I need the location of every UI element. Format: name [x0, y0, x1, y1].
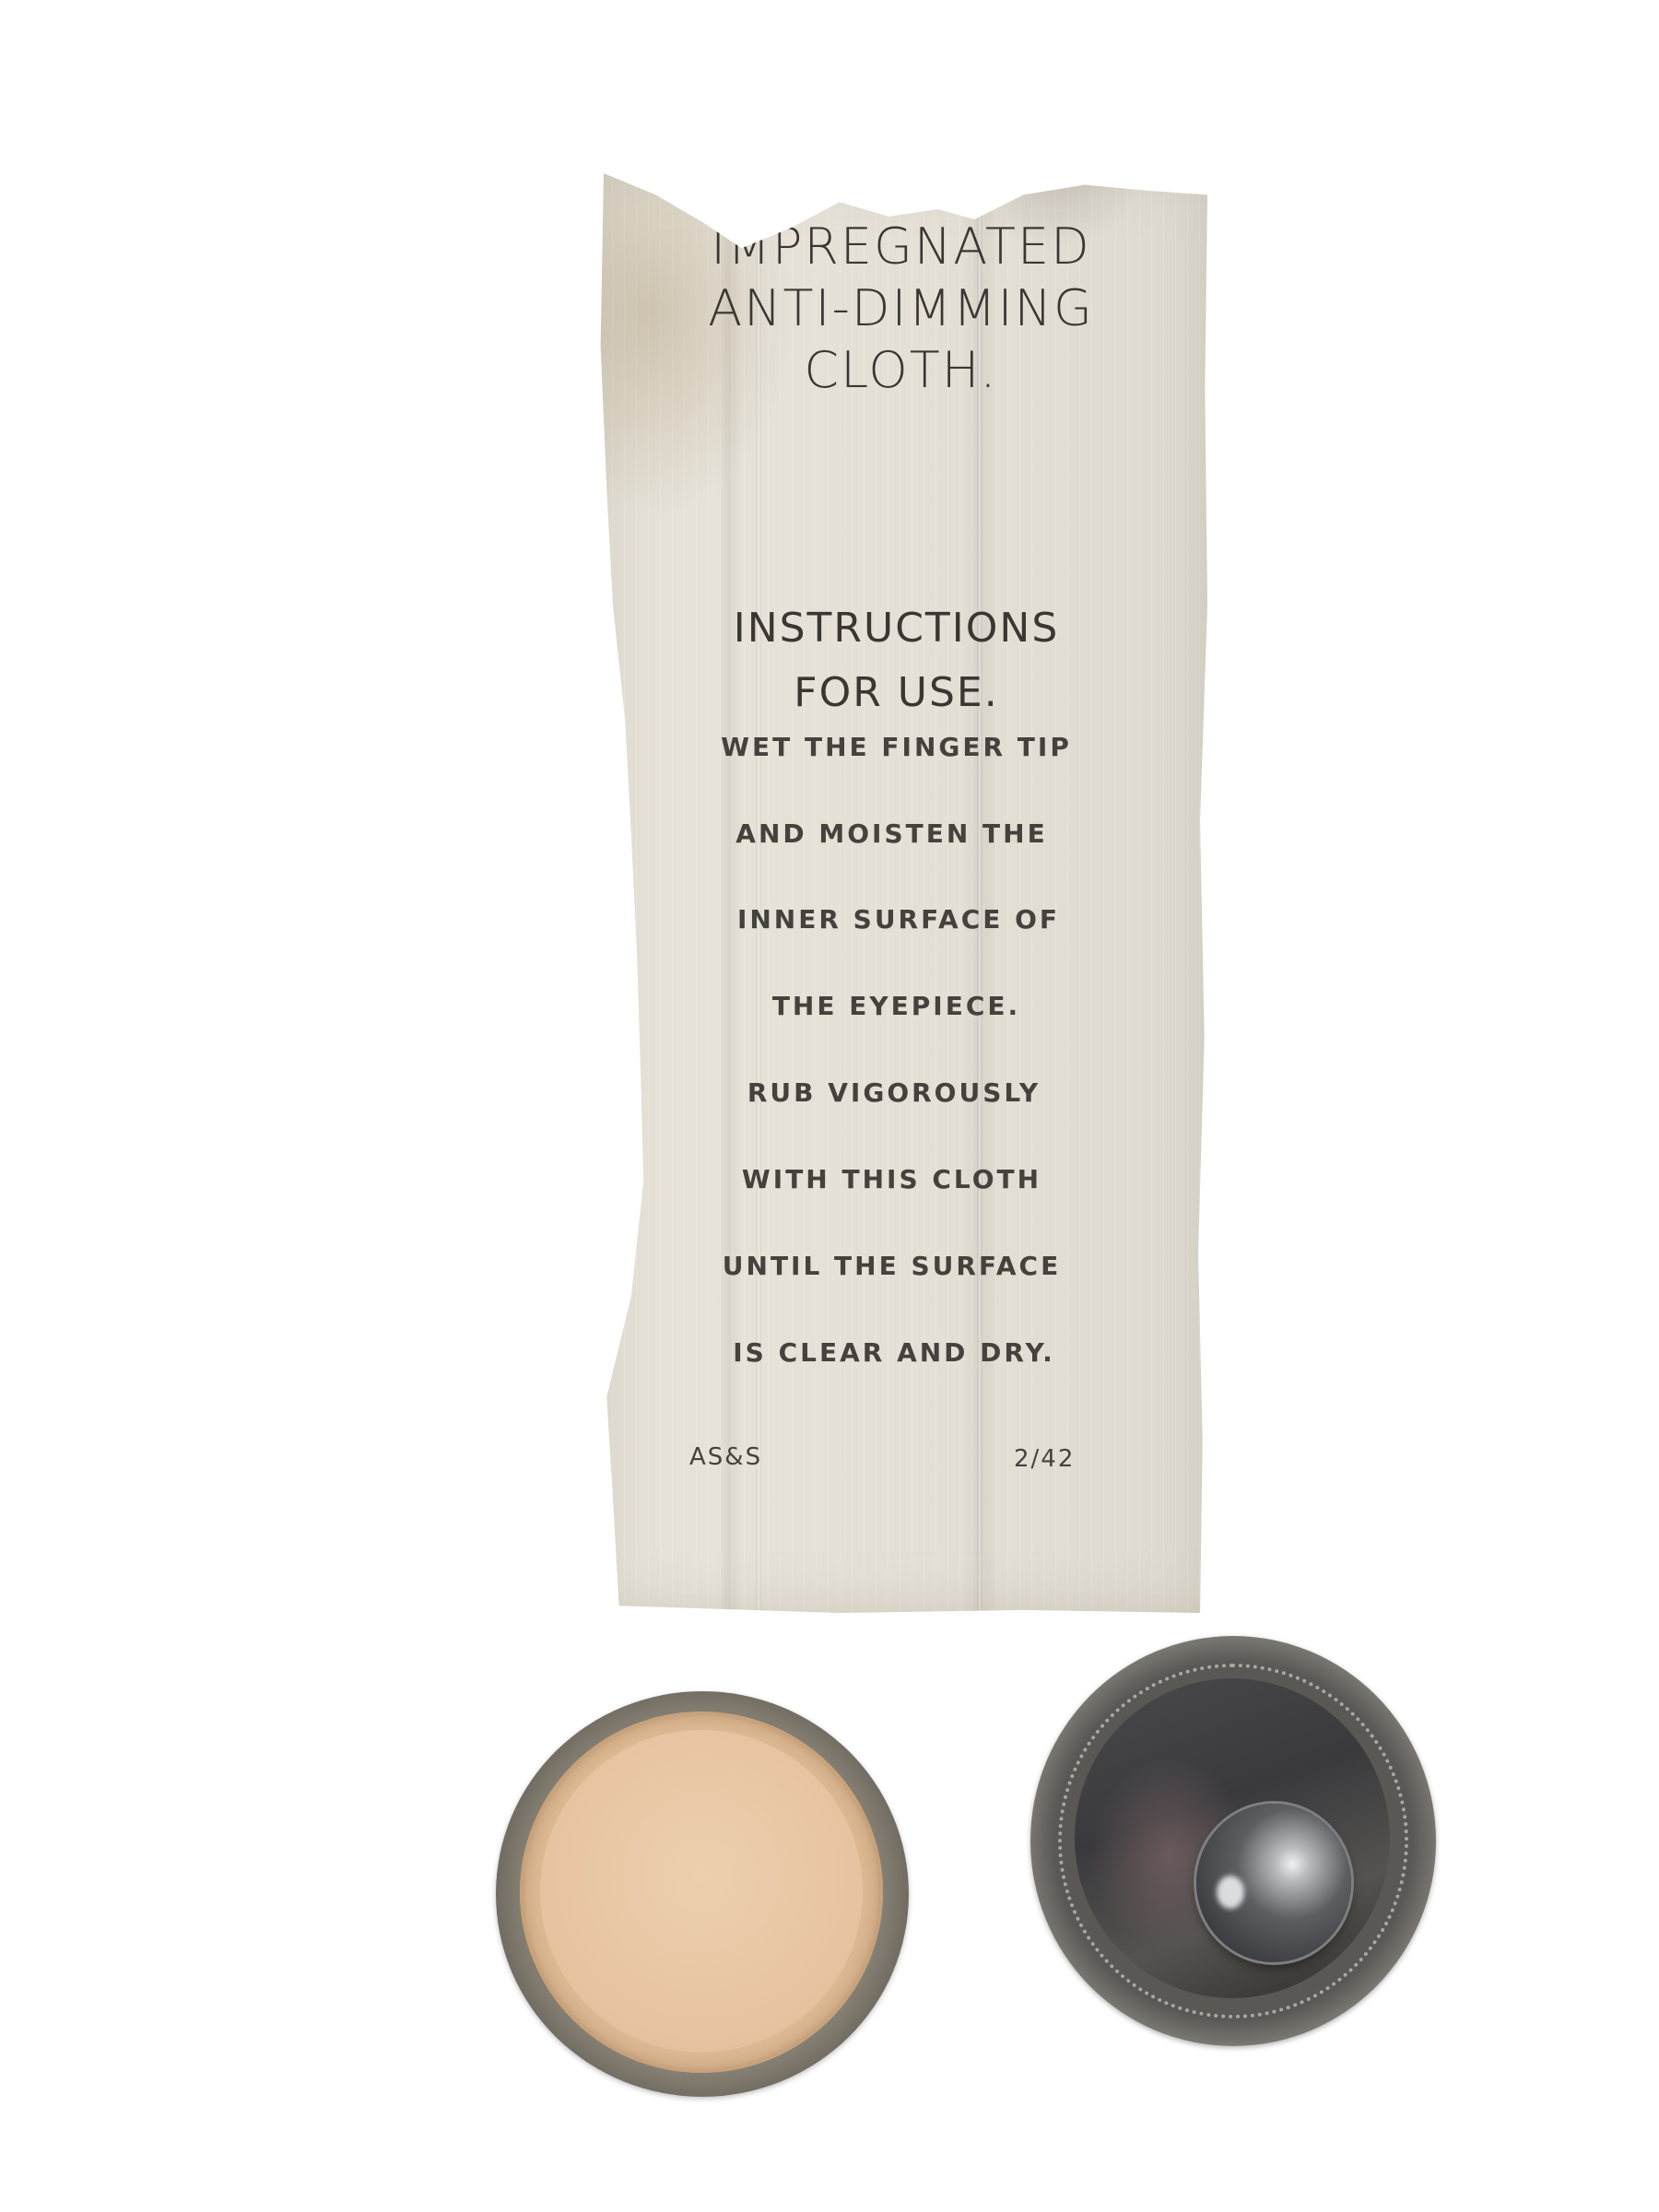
instruction-line-8: IS CLEAR AND DRY. — [581, 1337, 1207, 1368]
instruction-line-5: RUB VIGOROUSLY — [581, 1077, 1207, 1108]
lid-face — [1075, 1678, 1390, 1998]
tin-card-liner — [520, 1712, 883, 2073]
tin-card-disc — [540, 1730, 863, 2053]
instruction-line-7: UNTIL THE SURFACE — [576, 1251, 1207, 1281]
tin-lid — [1030, 1636, 1436, 2046]
date-code: 2/42 — [1014, 1445, 1075, 1473]
instruction-line-2: AND MOISTEN THE — [576, 818, 1207, 849]
lid-dome-button — [1196, 1804, 1351, 1962]
photo-scene: IMPREGNATED ANTI-DIMMING CLOTH. INSTRUCT… — [0, 0, 1659, 2212]
maker-mark: AS&S — [689, 1443, 762, 1471]
open-tin — [496, 1691, 909, 2097]
instruction-line-3: INNER SURFACE OF — [590, 904, 1207, 935]
instruction-line-6: WITH THIS CLOTH — [576, 1164, 1207, 1194]
heading-line-2: ANTI-DIMMING — [594, 279, 1207, 337]
subheading-line-2: FOR USE. — [585, 669, 1207, 716]
cloth-stain — [765, 199, 785, 227]
anti-dimming-cloth: IMPREGNATED ANTI-DIMMING CLOTH. INSTRUCT… — [594, 173, 1207, 1613]
instruction-line-1: WET THE FINGER TIP — [585, 732, 1207, 762]
instruction-line-4: THE EYEPIECE. — [585, 991, 1207, 1021]
subheading-line-1: INSTRUCTIONS — [585, 605, 1207, 652]
heading-line-1: IMPREGNATED — [594, 218, 1207, 276]
heading-line-3: CLOTH. — [594, 341, 1207, 399]
